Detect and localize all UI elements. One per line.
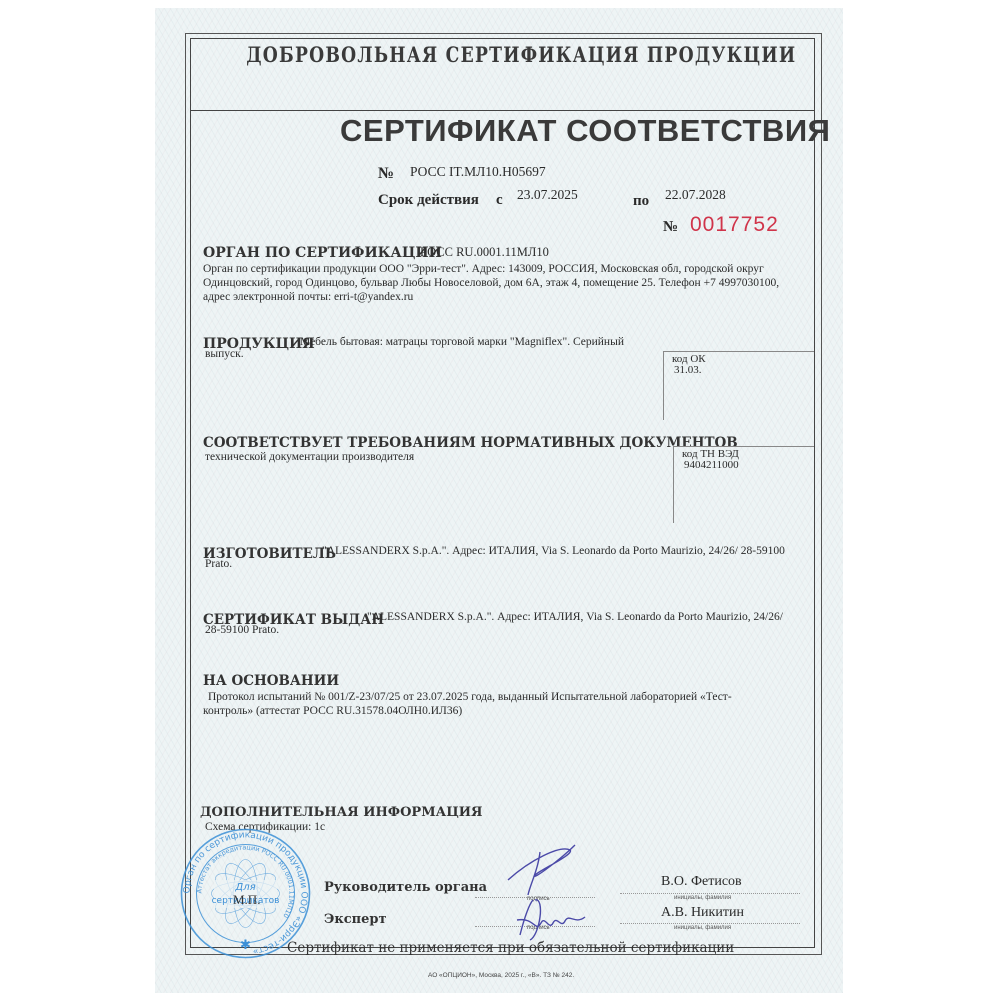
conformity-text: технической документации производителя: [205, 450, 414, 464]
certificate-title: СЕРТИФИКАТ СООТВЕТСТВИЯ: [340, 113, 830, 149]
issued-to-address-cont: 28-59100 Prato.: [205, 623, 279, 637]
basis-protocol: Протокол испытаний № 001/Z-23/07/25 от 2…: [208, 690, 732, 704]
head-of-body-label: Руководитель органа: [324, 880, 487, 895]
basis-protocol-cont: контроль» (аттестат РОСС RU.31578.04ОЛН0…: [203, 704, 462, 718]
validity-label: Срок действия: [378, 192, 479, 209]
additional-info-heading: ДОПОЛНИТЕЛЬНАЯ ИНФОРМАЦИЯ: [200, 805, 483, 820]
certification-body-line-2: Одинцовский, город Одинцово, бульвар Люб…: [203, 276, 779, 290]
issued-to-address: "ALESSANDERX S.p.A.". Адрес: ИТАЛИЯ, Via…: [367, 610, 783, 624]
expert-name-line: [620, 923, 800, 924]
ok-code-box: код ОК 31.03.: [663, 351, 814, 420]
product-description-cont: выпуск.: [205, 347, 244, 361]
conformity-heading: СООТВЕТСТВУЕТ ТРЕБОВАНИЯМ НОРМАТИВНЫХ ДО…: [203, 435, 738, 451]
validity-from-label: с: [496, 192, 503, 209]
certificate-number: РОСС IT.МЛ10.Н05697: [410, 164, 546, 180]
manufacturer-address-cont: Prato.: [205, 557, 232, 571]
seal-place-label: М.П.: [233, 892, 260, 908]
ok-code-value: 31.03.: [674, 365, 702, 376]
form-number-label: №: [663, 219, 678, 236]
valid-from-date: 23.07.2025: [517, 187, 578, 203]
validity-to-label: по: [633, 193, 649, 210]
head-name-line: [620, 893, 800, 894]
certification-body-heading: ОРГАН ПО СЕРТИФИКАЦИИ: [203, 245, 442, 261]
divider: [190, 110, 815, 111]
valid-to-date: 22.07.2028: [665, 187, 726, 203]
expert-label: Эксперт: [324, 912, 387, 927]
head-name: В.О. Фетисов: [661, 874, 742, 890]
head-name-caption: инициалы, фамилия: [674, 895, 731, 901]
certification-body-email: адрес электронной почты: erri-t@yandex.r…: [203, 290, 413, 304]
expert-signature: [505, 895, 595, 945]
expert-name-caption: инициалы, фамилия: [674, 925, 731, 931]
form-serial-number: 0017752: [690, 213, 779, 237]
svg-text:✱: ✱: [240, 937, 251, 952]
basis-heading: НА ОСНОВАНИИ: [203, 673, 339, 689]
expert-name: А.В. Никитин: [661, 905, 744, 921]
product-description: Мебель бытовая: матрацы торговой марки "…: [300, 335, 624, 349]
voluntary-certification-title: ДОБРОВОЛЬНАЯ СЕРТИФИКАЦИЯ ПРОДУКЦИИ: [246, 42, 759, 67]
number-label: №: [378, 165, 394, 183]
voluntary-notice: Сертификат не применяется при обязательн…: [287, 940, 734, 956]
tnved-code-box: код ТН ВЭД 9404211000: [673, 446, 814, 523]
certification-body-code: РОСС RU.0001.11МЛ10: [420, 245, 549, 260]
head-signature: [500, 840, 590, 900]
manufacturer-address: "ALESSANDERX S.p.A.". Адрес: ИТАЛИЯ, Via…: [322, 544, 785, 558]
tnved-code-value: 9404211000: [684, 460, 739, 471]
certification-body-line-1: Орган по сертификации продукции ООО "Эрр…: [203, 262, 764, 276]
printer-imprint: АО «ОПЦИОН», Москва, 2025 г., «В». ТЗ № …: [428, 972, 574, 979]
